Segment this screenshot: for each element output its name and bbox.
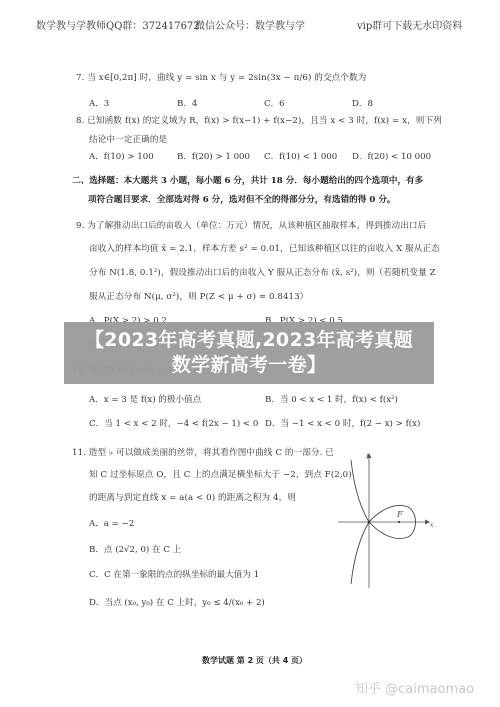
option-b: B．4: [177, 97, 197, 109]
header-wechat: 微信公众号：数学教与学: [195, 17, 305, 32]
focus-point: [398, 521, 400, 523]
question-11-line2: 知 C 过坐标原点 O，且 C 上的点满足横坐标大于 −2，到点 F(2,0): [89, 468, 352, 480]
y-axis-label: y: [366, 452, 369, 459]
header-vip: vip群可下载无水印资料: [357, 17, 462, 32]
question-9-line4: 服从正态分布 N(μ, σ²)，则 P(Z < μ + σ) ≈ 0.8413）: [89, 290, 308, 302]
option-a: A．f(10) > 100: [89, 150, 154, 162]
title-overlay-banner: 【2023年高考真题,2023年高考真题 数学新高考一卷】: [64, 322, 434, 384]
page-footer: 数学试题 第 2 页（共 4 页）: [202, 655, 307, 666]
option-a: A．x = 3 是 f(x) 的极小值点: [89, 393, 201, 405]
question-11-line1: 11. 造型 ♭ 可以做成美丽的丝带，将其看作图中曲线 C 的一部分. 已: [72, 446, 334, 458]
option-b: B．f(20) > 1 000: [177, 150, 250, 162]
origin-point: [368, 521, 371, 524]
option-d: D．当点 (x₀, y₀) 在 C 上时，y₀ ≤ 4/(x₀ + 2): [89, 596, 265, 608]
option-a: A．a = −2: [89, 517, 134, 529]
curve-c-graph: [330, 452, 460, 592]
option-d: D．8: [352, 97, 373, 109]
option-c: C．当 1 < x < 2 时，−4 < f(2x − 1) < 0: [89, 417, 258, 429]
question-9-line3: 分布 N(1.8, 0.1²)，假设推动出口后的亩收入 Y 服从正态分布 (x̄…: [89, 266, 436, 278]
header-qq-group: 数学教与学教师QQ群：372417672: [36, 17, 200, 32]
section-2-line2: 项符合题目要求．全部选对得 6 分，选对但不全的得部分分，有选错的得 0 分。: [88, 193, 396, 205]
question-11-line3: 的距离与到定直线 x = a(a < 0) 的距离之积为 4，则: [89, 491, 296, 503]
option-c: C．6: [264, 97, 285, 109]
banner-line2: 数学新高考一卷】: [172, 353, 326, 378]
question-7-stem: 7. 当 x∈[0,2π] 时，曲线 y = sin x 与 y = 2sin(…: [76, 71, 366, 83]
option-a: A．3: [89, 97, 109, 109]
focus-label: F: [397, 510, 403, 519]
question-9-line2: 亩收入的样本均值 x̄ = 2.1，样本方差 s² = 0.01，已知该种植区以…: [89, 242, 440, 254]
question-8-stem-line2: 结论中一定正确的是: [89, 133, 167, 145]
option-c: C．f(10) < 1 000: [264, 150, 337, 162]
option-b: B．点 (2√2, 0) 在 C 上: [89, 543, 181, 555]
option-d: D．当 −1 < x < 0 时，f(2 − x) > f(x): [265, 417, 420, 429]
question-9-line1: 9. 为了解推动出口后的亩收入（单位：万元）情况，从该种植区抽取样本，得到推动出…: [76, 219, 426, 231]
section-2-line1: 二、选择题：本大题共 3 小题，每小题 6 分，共计 18 分．每小题给出的四个…: [72, 174, 423, 186]
option-c: C．C 在第一象限的点的纵坐标的最大值为 1: [89, 568, 259, 580]
option-d: D．f(20) < 10 000: [352, 150, 431, 162]
question-8-stem-line1: 8. 已知函数 f(x) 的定义域为 R，f(x) > f(x−1) + f(x…: [76, 114, 442, 126]
zhihu-watermark: 知乎 @caimaomao: [355, 678, 474, 697]
x-axis-label: x: [430, 522, 433, 529]
option-b: B．当 0 < x < 1 时，f(x) < f(x²): [265, 393, 398, 405]
banner-line1: 【2023年高考真题,2023年高考真题: [85, 328, 413, 353]
